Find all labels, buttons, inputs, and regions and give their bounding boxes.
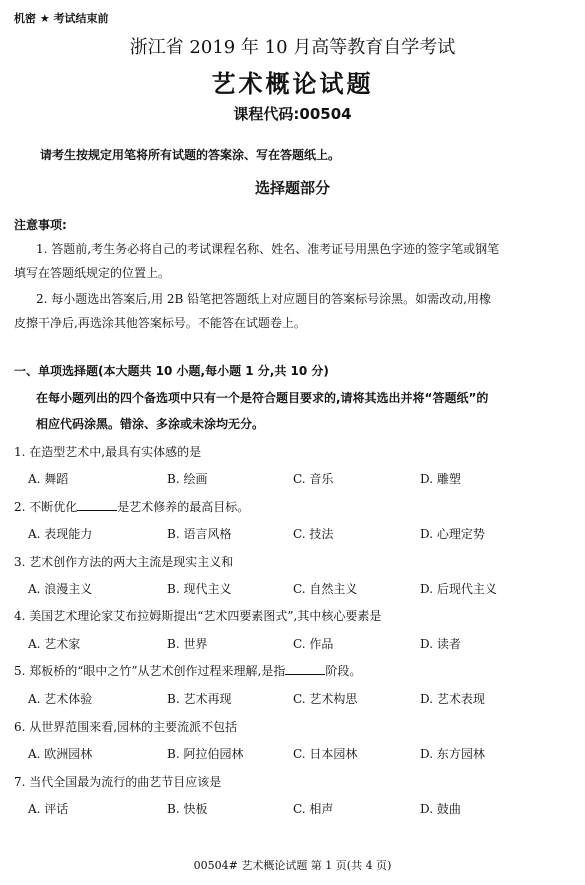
q1-option-a: A. 舞蹈 <box>28 470 68 487</box>
answer-instruction: 请考生按规定用笔将所有试题的答案涂、写在答题纸上。 <box>40 146 340 163</box>
q1-option-b: B. 绘画 <box>167 470 207 487</box>
q2-option-c: C. 技法 <box>293 525 333 542</box>
notes-heading: 注意事项: <box>14 216 67 233</box>
q3-option-b: B. 现代主义 <box>167 580 231 597</box>
answer-blank <box>285 662 325 675</box>
q5-option-c: C. 艺术构思 <box>293 690 357 707</box>
question-3: 3. 艺术创作方法的两大主流是现实主义和 <box>14 553 233 570</box>
q5-option-a: A. 艺术体验 <box>28 690 92 707</box>
q7-option-a: A. 评话 <box>28 800 68 817</box>
q7-option-d: D. 鼓曲 <box>420 800 461 817</box>
question-5: 5. 郑板桥的“眼中之竹”从艺术创作过程来理解,是指阶段。 <box>14 662 361 679</box>
q6-option-d: D. 东方园林 <box>420 745 485 762</box>
question-7: 7. 当代全国最为流行的曲艺节目应该是 <box>14 773 221 790</box>
q6-option-b: B. 阿拉伯园林 <box>167 745 243 762</box>
part-one-desc-line-2: 相应代码涂黑。错涂、多涂或未涂均无分。 <box>36 415 264 432</box>
q3-option-d: D. 后现代主义 <box>420 580 497 597</box>
question-2: 2. 不断优化是艺术修养的最高目标。 <box>14 498 249 515</box>
q5-option-b: B. 艺术再现 <box>167 690 231 707</box>
question-stem-after: 是艺术修养的最高目标。 <box>117 500 249 514</box>
q7-option-b: B. 快板 <box>167 800 207 817</box>
page-footer: 00504# 艺术概论试题 第 1 页(共 4 页) <box>0 857 585 873</box>
q6-option-c: C. 日本园林 <box>293 745 357 762</box>
note-2-line-2: 皮擦干净后,再选涂其他答案标号。不能答在试题卷上。 <box>14 314 306 331</box>
q3-option-a: A. 浪漫主义 <box>28 580 92 597</box>
question-4: 4. 美国艺术理论家艾布拉姆斯提出“艺术四要素图式”,其中核心要素是 <box>14 607 381 624</box>
q4-option-b: B. 世界 <box>167 635 207 652</box>
note-1-line-2: 填写在答题纸规定的位置上。 <box>14 264 170 281</box>
q7-option-c: C. 相声 <box>293 800 333 817</box>
q3-option-c: C. 自然主义 <box>293 580 357 597</box>
question-stem: 4. 美国艺术理论家艾布拉姆斯提出“艺术四要素图式”,其中核心要素是 <box>14 609 381 623</box>
q2-option-d: D. 心理定势 <box>420 525 485 542</box>
question-stem: 3. 艺术创作方法的两大主流是现实主义和 <box>14 555 233 569</box>
note-1-line-1: 1. 答题前,考生务必将自己的考试课程名称、姓名、准考证号用黑色字迹的签字笔或钢… <box>36 240 499 257</box>
question-stem-after: 阶段。 <box>325 664 361 678</box>
q4-option-c: C. 作品 <box>293 635 333 652</box>
q2-option-a: A. 表现能力 <box>28 525 92 542</box>
question-1: 1. 在造型艺术中,最具有实体感的是 <box>14 443 201 460</box>
question-stem: 7. 当代全国最为流行的曲艺节目应该是 <box>14 775 221 789</box>
q1-option-d: D. 雕塑 <box>420 470 461 487</box>
q4-option-d: D. 读者 <box>420 635 461 652</box>
part-one-desc-line-1: 在每小题列出的四个备选项中只有一个是符合题目要求的,请将其选出并将“答题纸”的 <box>36 389 488 406</box>
confidential-label: 机密 ★ 考试结束前 <box>14 10 109 26</box>
course-code: 课程代码:00504 <box>0 103 585 124</box>
q4-option-a: A. 艺术家 <box>28 635 80 652</box>
answer-blank <box>77 498 117 511</box>
q1-option-c: C. 音乐 <box>293 470 333 487</box>
q2-option-b: B. 语言风格 <box>167 525 231 542</box>
question-stem: 2. 不断优化 <box>14 500 77 514</box>
q5-option-d: D. 艺术表现 <box>420 690 485 707</box>
question-6: 6. 从世界范围来看,园林的主要流派不包括 <box>14 718 237 735</box>
section-title: 选择题部分 <box>0 177 585 198</box>
part-one-heading: 一、单项选择题(本大题共 10 小题,每小题 1 分,共 10 分) <box>14 362 329 379</box>
exam-title: 浙江省 2019 年 10 月高等教育自学考试 <box>0 33 585 59</box>
note-2-line-1: 2. 每小题选出答案后,用 2B 铅笔把答题纸上对应题目的答案标号涂黑。如需改动… <box>36 290 491 307</box>
subject-title: 艺术概论试题 <box>0 64 585 99</box>
question-stem: 1. 在造型艺术中,最具有实体感的是 <box>14 445 201 459</box>
question-stem: 6. 从世界范围来看,园林的主要流派不包括 <box>14 720 237 734</box>
q6-option-a: A. 欧洲园林 <box>28 745 92 762</box>
question-stem: 5. 郑板桥的“眼中之竹”从艺术创作过程来理解,是指 <box>14 664 285 678</box>
